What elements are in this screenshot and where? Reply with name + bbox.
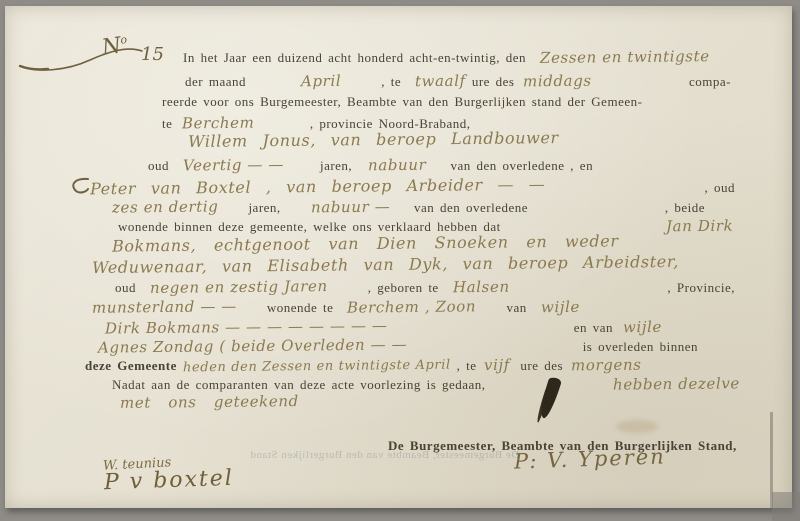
handwritten-age: negen en zestig Jaren: [150, 277, 328, 297]
printed-segment: compa-: [689, 74, 731, 90]
line-11: Weduwenaar, van Elisabeth van Dyk, van b…: [92, 255, 679, 274]
printed-segment: Nadat aan de comparanten van deze acte v…: [112, 377, 486, 393]
printed-segment: reerde voor ons Burgemeester, Beambte va…: [162, 94, 642, 110]
document-page: No 15 In het Jaar een duizend acht honde…: [0, 0, 800, 521]
printed-segment: oud: [148, 158, 169, 174]
line-1: In het Jaar een duizend acht honderd ach…: [183, 48, 710, 66]
handwritten-deceased-name: Jan Dirk: [666, 217, 733, 236]
line-16: deze Gemeente heden den Zessen en twinti…: [85, 356, 642, 374]
line-15: Agnes Zondag ( beide Overleden — — is ov…: [98, 337, 698, 355]
handwritten-hour: twaalf: [415, 72, 466, 91]
handwritten-father-name: Dirk Bokmans — — — — — — — —: [105, 317, 388, 338]
printed-segment: en van: [574, 320, 613, 336]
handwritten-declarant-2: Peter van Boxtel , van beroep Arbeider —…: [90, 175, 546, 199]
printed-segment: In het Jaar een duizend acht honderd ach…: [183, 50, 526, 66]
handwritten-daypart: morgens: [571, 356, 642, 375]
handwritten-segment: Weduwenaar, van Elisabeth van Dyk, van b…: [92, 252, 679, 277]
line-18: met ons geteekend: [120, 393, 299, 411]
smudge-stain: [616, 420, 658, 433]
printed-segment: ure des: [472, 74, 515, 90]
handwritten-age: zes en dertig: [112, 197, 219, 216]
handwritten-age: Veertig — —: [183, 155, 284, 174]
printed-segment: van den overledene , en: [451, 158, 594, 174]
printed-segment: der maand: [185, 74, 246, 90]
handwritten-month: April: [301, 72, 341, 90]
line-14: Dirk Bokmans — — — — — — — — en van wijl…: [105, 318, 662, 336]
line-12: oud negen en zestig Jaren , geboren te H…: [115, 278, 735, 296]
printed-segment: , te: [381, 74, 401, 90]
line-10: Bokmans, echtgenoot van Dien Snoeken en …: [112, 234, 619, 253]
handwritten-segment: wijle: [623, 318, 662, 336]
line-17: Nadat aan de comparanten van deze acte v…: [112, 375, 740, 393]
printed-segment: van: [507, 300, 527, 316]
handwritten-daypart: middags: [522, 72, 591, 91]
handwritten-declarant-1: Willem Jonus, van beroep Landbouwer: [188, 128, 559, 151]
handwritten-birthplace: Halsen: [453, 278, 510, 297]
handwritten-segment: Zessen en twintigste: [540, 47, 710, 67]
handwritten-residence: Berchem , Zoon: [347, 297, 476, 316]
printed-segment: , Provincie,: [667, 280, 735, 296]
handwritten-death-date: heden den Zessen en twintigste April: [183, 358, 451, 376]
printed-segment: deze Gemeente: [85, 358, 177, 374]
handwritten-segment: wijle: [541, 298, 580, 316]
handwritten-segment: Bokmans, echtgenoot van Dien Snoeken en …: [112, 231, 619, 255]
line-13: munsterland — — wonende te Berchem , Zoo…: [92, 298, 580, 316]
line-5: Willem Jonus, van beroep Landbouwer: [188, 130, 559, 149]
numero-superscript: o: [120, 33, 128, 47]
handwritten-segment: hebben dezelve: [613, 374, 740, 393]
line-8: zes en dertig jaren, nabuur — van den ov…: [112, 198, 705, 216]
printed-segment: jaren,: [320, 158, 352, 174]
handwritten-death-hour: vijf: [484, 356, 510, 374]
printed-segment: jaren,: [248, 200, 280, 216]
printed-segment: , beide: [665, 200, 705, 216]
handwritten-province: munsterland — —: [92, 297, 237, 317]
printed-segment: te: [162, 116, 172, 132]
handwritten-relation: nabuur: [368, 156, 426, 175]
witness-signature-2: P v boxtel: [104, 466, 235, 496]
printed-segment: oud: [115, 280, 136, 296]
line-7: Peter van Boxtel , van beroep Arbeider —…: [90, 177, 735, 196]
printed-segment: wonende te: [267, 300, 334, 316]
line-6: oud Veertig — — jaren, nabuur van den ov…: [148, 156, 593, 174]
printed-segment: , geboren te: [368, 280, 439, 296]
printed-segment: , te: [457, 358, 477, 374]
line-3: reerde voor ons Burgemeester, Beambte va…: [162, 94, 642, 110]
bleed-through-text: De Burgemeester, Beambte van den Burgerl…: [250, 449, 519, 461]
act-number: 15: [141, 44, 164, 65]
printed-segment: ure des: [520, 358, 563, 374]
handwritten-mother-name: Agnes Zondag ( beide Overleden — —: [98, 335, 407, 356]
flourish-icon: [68, 176, 90, 194]
numero-mark: No: [100, 32, 129, 60]
line-2: der maand April , te twaalf ure des midd…: [185, 72, 731, 90]
handwritten-relation: nabuur —: [311, 198, 390, 217]
corner-shadow: [772, 492, 800, 521]
handwritten-segment: met ons geteekend: [120, 392, 299, 412]
printed-segment: van den overledene: [414, 200, 528, 216]
line-9: wonende binnen deze gemeente, welke ons …: [118, 217, 733, 235]
printed-segment: , oud: [705, 180, 736, 196]
printed-segment: is overleden binnen: [583, 339, 698, 355]
